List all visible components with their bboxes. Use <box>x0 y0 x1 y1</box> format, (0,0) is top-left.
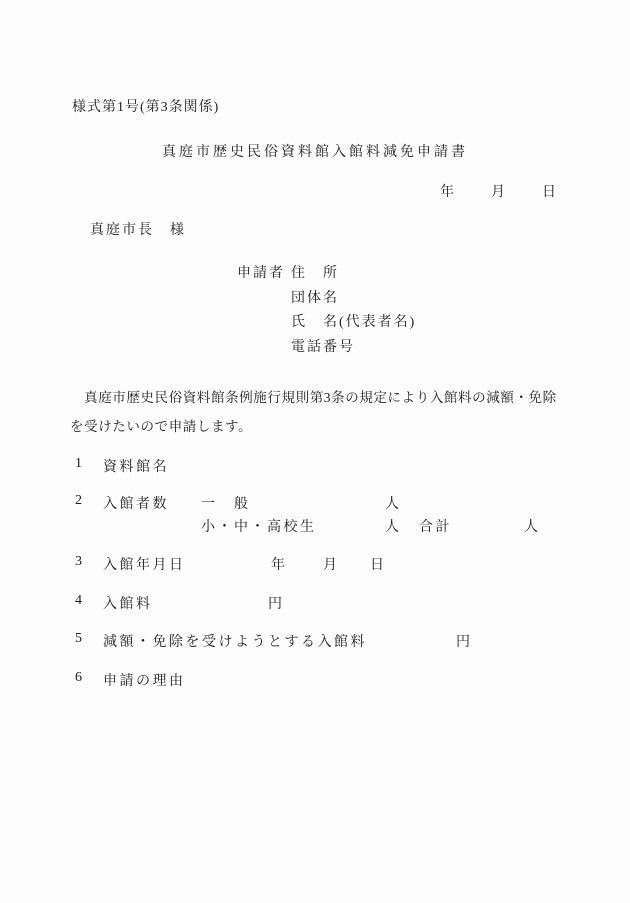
applicant-organization-label: 団体名 <box>291 287 339 307</box>
applicant-name-label: 氏 名(代表者名) <box>291 311 416 331</box>
item4-number: 4 <box>75 593 84 609</box>
item2-students-label: 小・中・高校生 <box>201 516 317 536</box>
item2-students-unit: 人 <box>385 516 401 536</box>
item6-label: 申請の理由 <box>103 670 186 690</box>
item5-unit: 円 <box>456 631 472 651</box>
item5-number: 5 <box>75 631 84 647</box>
item2-general-label: 一 般 <box>201 493 251 513</box>
item2-total-unit: 人 <box>524 516 540 536</box>
item2-general-unit: 人 <box>385 493 401 513</box>
form-number-label: 様式第1号(第3条関係) <box>72 96 219 116</box>
item1-label: 資料館名 <box>103 456 169 476</box>
document-page: 様式第1号(第3条関係) 真庭市歴史民俗資料館入館料減免申請書 年 月 日 真庭… <box>0 0 630 903</box>
item4-unit: 円 <box>268 593 284 613</box>
body-paragraph-line-1: 真庭市歴史民俗資料館条例施行規則第3条の規定により入館料の減額・免除 <box>70 386 557 406</box>
item6-number: 6 <box>75 670 84 686</box>
body-paragraph-line-2: を受けたいので申請します。 <box>70 415 252 435</box>
item3-number: 3 <box>75 554 84 570</box>
item3-day-label: 日 <box>370 554 386 574</box>
date-year-label: 年 <box>440 181 456 201</box>
item2-label: 入館者数 <box>103 493 169 513</box>
item3-year-label: 年 <box>271 554 287 574</box>
applicant-phone-label: 電話番号 <box>291 336 355 356</box>
applicant-address-label: 住 所 <box>291 262 339 282</box>
item5-label: 減額・免除を受けようとする入館料 <box>103 631 367 651</box>
item3-month-label: 月 <box>323 554 339 574</box>
item3-label: 入館年月日 <box>103 554 186 574</box>
addressee: 真庭市長 様 <box>90 219 186 239</box>
date-day-label: 日 <box>542 181 558 201</box>
item4-label: 入館料 <box>103 593 153 613</box>
document-title: 真庭市歴史民俗資料館入館料減免申請書 <box>0 141 630 161</box>
item2-total-label: 合計 <box>419 516 452 536</box>
date-month-label: 月 <box>491 181 507 201</box>
applicant-label: 申請者 <box>237 262 285 282</box>
item2-number: 2 <box>75 493 84 509</box>
item1-number: 1 <box>75 456 84 472</box>
